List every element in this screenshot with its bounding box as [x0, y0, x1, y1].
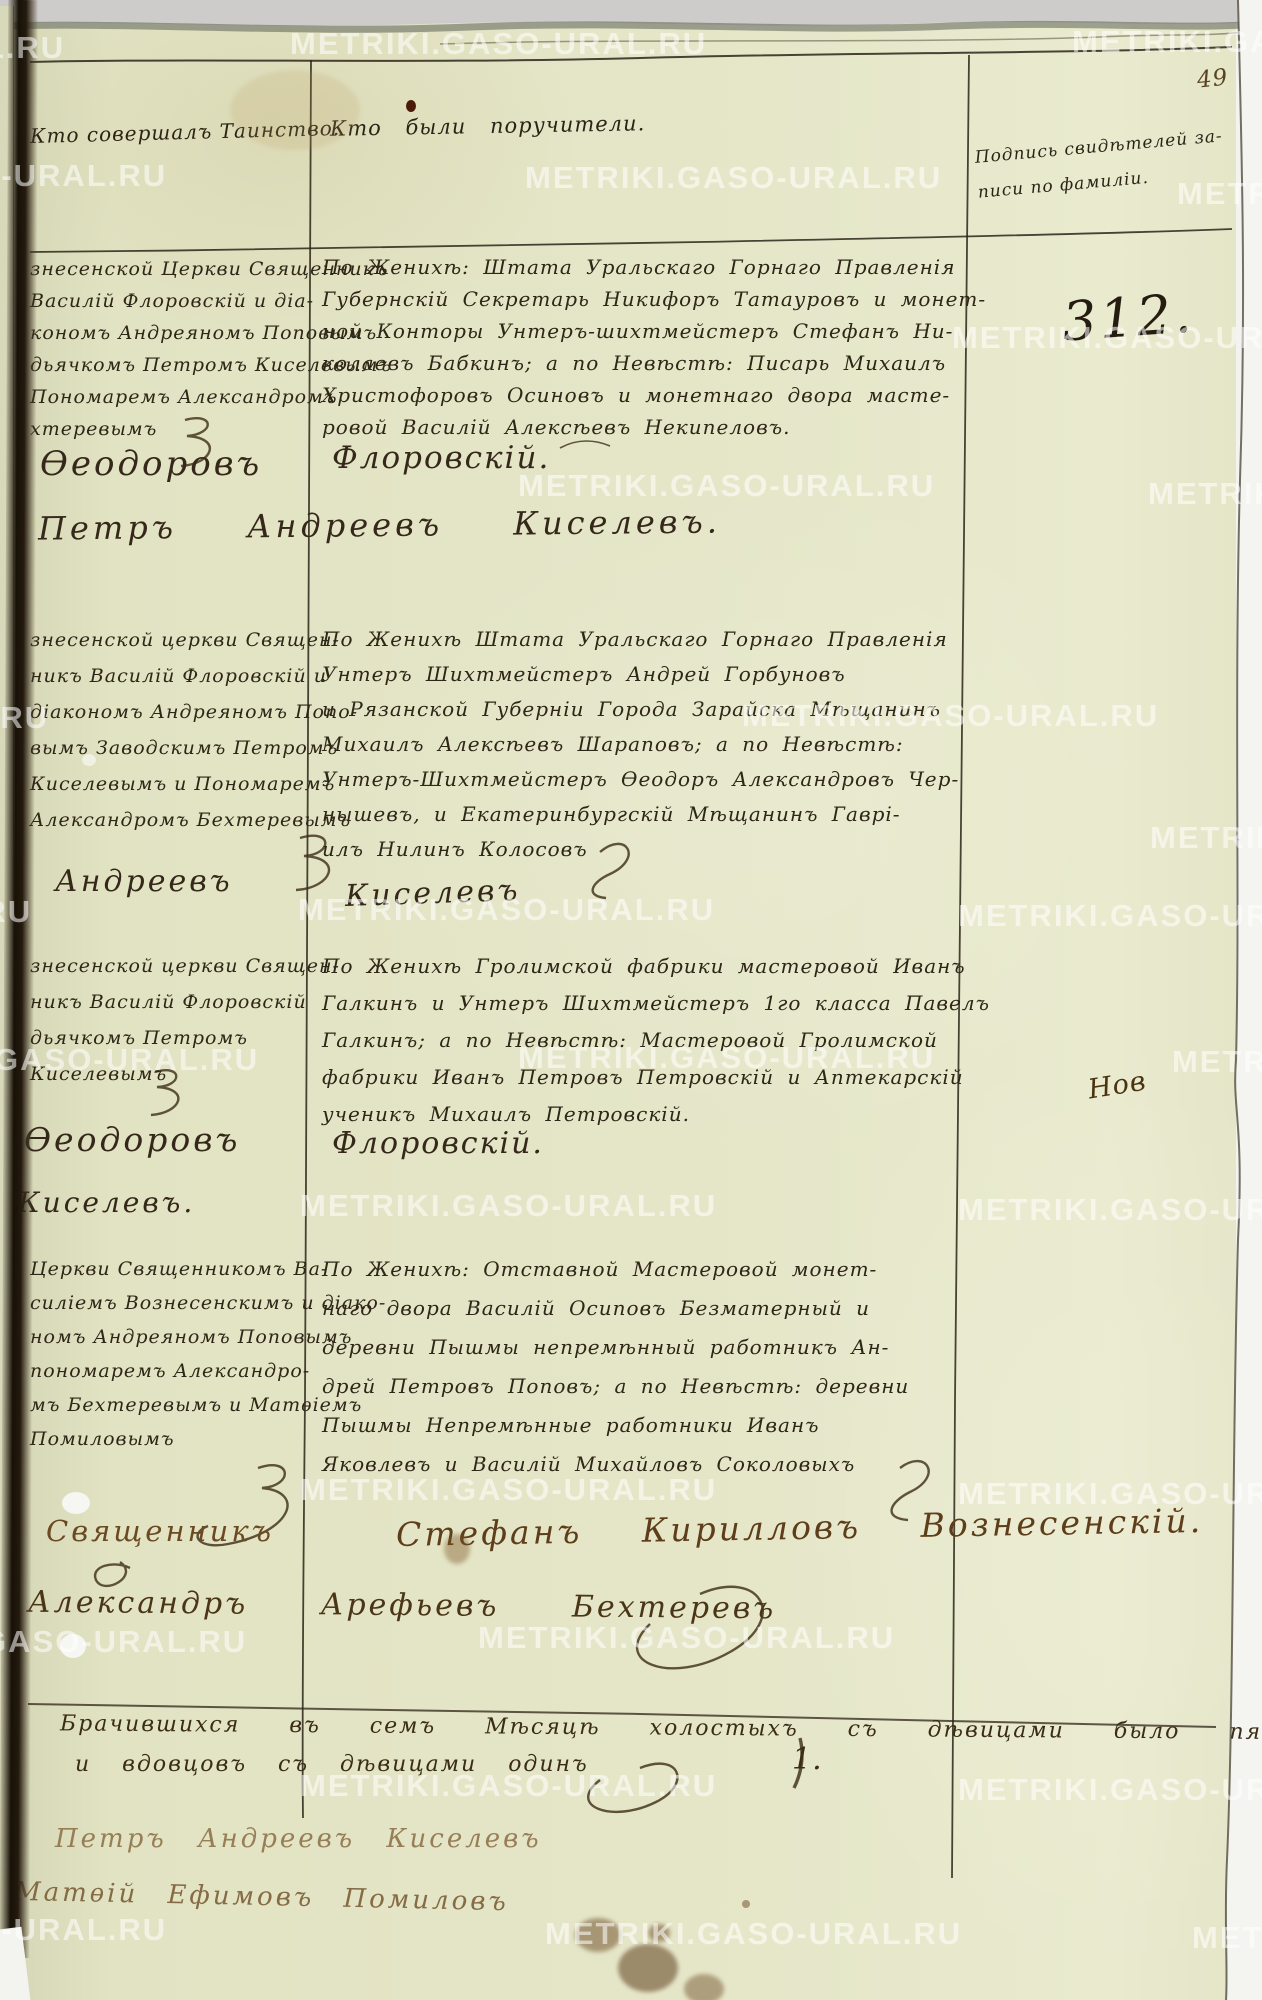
handwritten-line: ной Конторы Унтеръ-шихтмейстеръ Стефанъ … — [322, 315, 970, 347]
watermark-text: METRIKI.GASO-URAL.RU — [1177, 176, 1262, 212]
watermark-text: METRIKI.GASO-URAL.RU — [298, 892, 715, 928]
handwritten-line: По Женихѣ: Отставной Мастеровой монет- — [322, 1250, 970, 1289]
handwritten-line: хтеревымъ — [30, 413, 312, 445]
watermark-text: METRIKI.GASO-URAL.RU — [1072, 24, 1262, 60]
watermark-text: METRIKI.GASO-URAL.RU — [0, 894, 32, 930]
handwritten-line: Губернскій Секретарь Никифоръ Татауровъ … — [322, 283, 970, 315]
watermark-text: METRIKI.GASO-URAL.RU — [0, 1912, 167, 1948]
handwritten-line: Христофоровъ Осиновъ и монетнаго двора м… — [322, 379, 970, 411]
watermark-text: METRIKI.GASO-URAL.RU — [518, 1040, 935, 1076]
watermark-text: METRIKI.GASO-URAL.RU — [958, 898, 1262, 934]
handwritten-line: діакономъ Андреяномъ Попо- — [30, 694, 312, 730]
entry-1-signature-row2: Петръ Андреевъ Киселевъ. — [38, 502, 721, 547]
watermark-text: METRIKI.GASO-URAL.RU — [300, 1472, 717, 1508]
entry-1-signature-left: Ѳеодоровъ — [40, 444, 262, 484]
handwritten-line: ровой Василій Алексѣевъ Некипеловъ. — [322, 411, 970, 443]
handwritten-line: Пономаремъ Александромъ — [30, 381, 312, 413]
entry-4-officiant-cell: Церкви Священникомъ Ва-силіемъ Вознесенс… — [30, 1252, 312, 1456]
entry-4-signature-left: Священникъ — [46, 1514, 274, 1548]
handwritten-line: По Женихѣ Штата Уральскаго Горнаго Правл… — [322, 622, 970, 657]
handwritten-line: знесенской церкви Священ- — [30, 622, 312, 658]
handwritten-line: силіемъ Вознесенскимъ и діако- — [30, 1286, 312, 1320]
handwritten-line: деревни Пышмы непремѣнный работникъ Ан- — [322, 1328, 970, 1367]
handwritten-line: наго двора Василій Осиповъ Безматерный и — [322, 1289, 970, 1328]
entry-2-guarantors-cell: По Женихѣ Штата Уральскаго Горнаго Правл… — [322, 622, 970, 867]
watermark-text: METRIKI.GASO-URAL.RU — [1150, 820, 1262, 856]
watermark-text: METRIKI.GASO-URAL.RU — [290, 26, 707, 62]
handwritten-line: Василій Флоровскій и діа- — [30, 285, 312, 317]
paper-hole — [82, 754, 96, 766]
handwritten-line: колаевъ Бабкинъ; а по Невѣстѣ: Писарь Ми… — [322, 347, 970, 379]
handwritten-line: По Женихѣ: Штата Уральскаго Горнаго Прав… — [322, 251, 970, 283]
handwritten-line: знесенской церкви Священ- — [30, 948, 312, 984]
handwritten-line: По Женихѣ Гролимской фабрики мастеровой … — [322, 948, 970, 985]
watermark-text: METRIKI.GASO-URAL.RU — [958, 1772, 1262, 1808]
handwritten-line: мъ Бехтеревымъ и Матѳіемъ — [30, 1388, 312, 1422]
paper-hole — [62, 1492, 90, 1514]
entry-4-guarantors-cell: По Женихѣ: Отставной Мастеровой монет-на… — [322, 1250, 970, 1484]
handwritten-line: вымъ Заводскимъ Петромъ — [30, 730, 312, 766]
watermark-text: METRIKI.GASO-URAL.RU — [1172, 1044, 1262, 1080]
foxing-stain — [230, 70, 360, 150]
watermark-text: METRIKI.GASO-URAL.RU — [0, 700, 49, 736]
handwritten-line: Церкви Священникомъ Ва- — [30, 1252, 312, 1286]
handwritten-line: нышевъ, и Екатеринбургскій Мѣщанинъ Гавр… — [322, 797, 970, 832]
entry-2-signature-left: Андреевъ — [55, 864, 233, 899]
handwritten-line: пономаремъ Александро- — [30, 1354, 312, 1388]
handwritten-line: илъ Нилинъ Колосовъ — [322, 832, 970, 867]
ink-spot — [742, 1900, 750, 1908]
watermark-text: METRIKI.GASO-URAL.RU — [958, 1476, 1262, 1512]
watermark-text: METRIKI.GASO-URAL.RU — [1192, 1920, 1262, 1956]
handwritten-line: Киселевымъ и Пономаремъ — [30, 766, 312, 802]
handwritten-line: дрей Петровъ Поповъ; а по Невѣстѣ: дерев… — [322, 1367, 970, 1406]
handwritten-line: никъ Василій Флоровскій и — [30, 658, 312, 694]
handwritten-line: Александромъ Бехтеревымъ — [30, 802, 312, 838]
entry-1-officiant-cell: знесенской Церкви СвященникъВасилій Флор… — [30, 253, 312, 445]
watermark-text: METRIKI.GASO-URAL.RU — [525, 160, 942, 196]
watermark-text: METRIKI.GASO-URAL.RU — [958, 1192, 1262, 1228]
ink-spot — [406, 100, 416, 112]
handwritten-line: дьячкомъ Петромъ Киселевымъ — [30, 349, 312, 381]
footer-signature-1: Петръ Андреевъ Киселевъ — [55, 1824, 542, 1854]
watermark-text: METRIKI.GASO-URAL.RU — [0, 1042, 259, 1078]
watermark-text: METRIKI.GASO-URAL.RU — [478, 1620, 895, 1656]
handwritten-line: Унтеръ-Шихтмейстеръ Ѳеодоръ Александровъ… — [322, 762, 970, 797]
handwritten-line: Пышмы Непремѣнные работники Иванъ — [322, 1406, 970, 1445]
watermark-text: METRIKI.GASO-URAL.RU — [742, 698, 1159, 734]
footer-summary-count-mark: 1. — [792, 1742, 823, 1777]
handwritten-line: Галкинъ и Унтеръ Шихтмейстеръ 1го класса… — [322, 985, 970, 1022]
watermark-text: METRIKI.GASO-URAL.RU — [0, 30, 65, 66]
scanned-register-page: Кто совершалъ Таинство. Кто были поручит… — [0, 0, 1262, 2000]
watermark-text: METRIKI.GASO-URAL.RU — [952, 320, 1262, 356]
handwritten-line: никъ Василій Флоровскій — [30, 984, 312, 1020]
watermark-text: METRIKI.GASO-URAL.RU — [300, 1188, 717, 1224]
entry-3-signature-left: Ѳеодоровъ — [24, 1120, 240, 1159]
watermark-text: METRIKI.GASO-URAL.RU — [0, 1624, 247, 1660]
bottom-stain — [684, 1974, 724, 2000]
watermark-text: METRIKI.GASO-URAL.RU — [0, 158, 167, 194]
watermark-text: METRIKI.GASO-URAL.RU — [300, 1768, 717, 1804]
entry-2-officiant-cell: знесенской церкви Священ-никъ Василій Фл… — [30, 622, 312, 838]
entry-3-signature-right: Флоровскій. — [332, 1126, 544, 1161]
watermark-text: METRIKI.GASO-URAL.RU — [1148, 476, 1262, 512]
handwritten-line: номъ Андреяномъ Поповымъ — [30, 1320, 312, 1354]
entry-3-signature-row2: Киселевъ. — [18, 1186, 195, 1219]
watermark-text: METRIKI.GASO-URAL.RU — [545, 1916, 962, 1952]
watermark-text: METRIKI.GASO-URAL.RU — [518, 468, 935, 504]
ink-smudge — [444, 1534, 470, 1564]
handwritten-line: знесенской Церкви Священникъ — [30, 253, 312, 285]
handwritten-line: кономъ Андреяномъ Поповымъ — [30, 317, 312, 349]
handwritten-line: Помиловымъ — [30, 1422, 312, 1456]
page-number: 49 — [1196, 64, 1230, 93]
entry-1-guarantors-cell: По Женихѣ: Штата Уральскаго Горнаго Прав… — [322, 251, 970, 443]
handwritten-line: Унтеръ Шихтмейстеръ Андрей Горбуновъ — [322, 657, 970, 692]
